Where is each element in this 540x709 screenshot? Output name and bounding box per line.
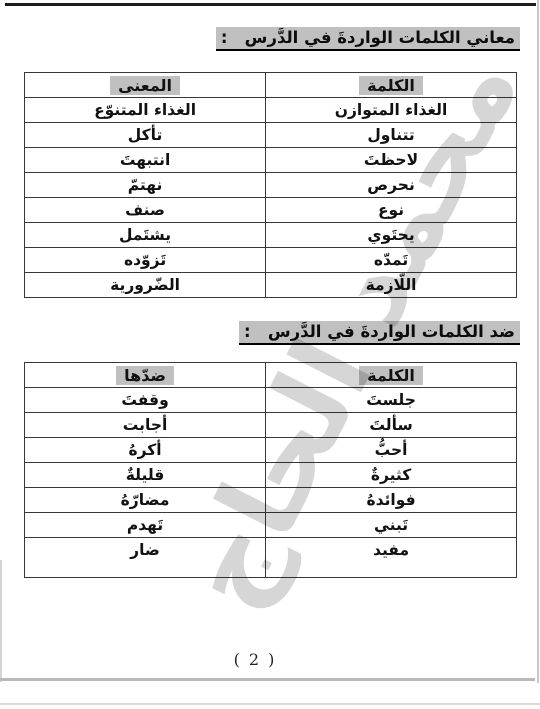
header-cell: الكلمة bbox=[266, 363, 517, 388]
table-cell: مفيد bbox=[266, 538, 517, 578]
table-row: نحرصنهتمّ bbox=[25, 173, 517, 198]
header-cell: الكلمة bbox=[266, 73, 517, 98]
worksheet-page: محمد الحاج معاني الكلمات الواردةَ في الد… bbox=[0, 0, 540, 709]
table-cell: الغذاء المتنوّع bbox=[25, 98, 266, 123]
table-cell: أحبُّ bbox=[266, 438, 517, 463]
table-cell: لاحظتَ bbox=[266, 148, 517, 173]
table-row: مفيدضار bbox=[25, 538, 517, 578]
table-cell: تَمدّه bbox=[266, 248, 517, 273]
table-row: اللّازمةالضّرورية bbox=[25, 273, 517, 298]
table-row: الغذاء المتوازنالغذاء المتنوّع bbox=[25, 98, 517, 123]
table-cell: تَهدم bbox=[25, 513, 266, 538]
table-cell: اللّازمة bbox=[266, 273, 517, 298]
meanings-table: الكلمةالمعنىالغذاء المتوازنالغذاء المتنو… bbox=[24, 72, 517, 298]
meanings-section-title: معاني الكلمات الواردةَ في الدَّرس : bbox=[216, 28, 520, 47]
table-cell: نحرص bbox=[266, 173, 517, 198]
meanings-section-title-text: معاني الكلمات الواردةَ في الدَّرس : bbox=[216, 27, 520, 51]
table-row: جلستَوقفتَ bbox=[25, 388, 517, 413]
table-row: تَمدّهتَزوّده bbox=[25, 248, 517, 273]
table-cell: تأكل bbox=[25, 123, 266, 148]
table-row: يحتَوييشتَمل bbox=[25, 223, 517, 248]
bottom-edge-line bbox=[0, 703, 540, 705]
table-cell: الضّرورية bbox=[25, 273, 266, 298]
opposites-section-title-text: ضد الكلمات الواردةَ في الدَّرس : bbox=[239, 321, 520, 345]
header-row: الكلمةضدّها bbox=[25, 363, 517, 388]
header-label: المعنى bbox=[110, 76, 180, 95]
table-cell: أكرهُ bbox=[25, 438, 266, 463]
table-cell: تَبني bbox=[266, 513, 517, 538]
table-cell: تتناول bbox=[266, 123, 517, 148]
table-row: تتناولتأكل bbox=[25, 123, 517, 148]
table-cell: وقفتَ bbox=[25, 388, 266, 413]
page-right-edge-line bbox=[537, 0, 539, 683]
table-cell: ضار bbox=[25, 538, 266, 578]
table-cell: يحتَوي bbox=[266, 223, 517, 248]
opposites-table: الكلمةضدّهاجلستَوقفتَسألتَأجابتأحبُّأكره… bbox=[24, 362, 517, 578]
table-cell: الغذاء المتوازن bbox=[266, 98, 517, 123]
table-cell: نوع bbox=[266, 198, 517, 223]
table-cell: صنف bbox=[25, 198, 266, 223]
header-cell: المعنى bbox=[25, 73, 266, 98]
table-cell: مضارّهُ bbox=[25, 488, 266, 513]
table-cell: نهتمّ bbox=[25, 173, 266, 198]
table-cell: كثيرةٌ bbox=[266, 463, 517, 488]
header-label: الكلمة bbox=[359, 76, 423, 95]
header-label: الكلمة bbox=[359, 366, 423, 385]
page-number: ( 2 ) bbox=[0, 650, 510, 669]
top-border-line bbox=[5, 3, 536, 6]
table-row: سألتَأجابت bbox=[25, 413, 517, 438]
table-row: تَبنيتَهدم bbox=[25, 513, 517, 538]
table-cell: تَزوّده bbox=[25, 248, 266, 273]
table-cell: يشتَمل bbox=[25, 223, 266, 248]
footer-divider-line bbox=[0, 678, 535, 681]
opposites-section-title: ضد الكلمات الواردةَ في الدَّرس : bbox=[239, 322, 520, 341]
table-cell: قليلةٌ bbox=[25, 463, 266, 488]
table-cell: انتبهتَ bbox=[25, 148, 266, 173]
table-row: لاحظتَانتبهتَ bbox=[25, 148, 517, 173]
table-row: كثيرةٌقليلةٌ bbox=[25, 463, 517, 488]
header-row: الكلمةالمعنى bbox=[25, 73, 517, 98]
header-cell: ضدّها bbox=[25, 363, 266, 388]
table-cell: جلستَ bbox=[266, 388, 517, 413]
header-label: ضدّها bbox=[116, 366, 174, 385]
table-row: نوعصنف bbox=[25, 198, 517, 223]
table-row: أحبُّأكرهُ bbox=[25, 438, 517, 463]
table-cell: أجابت bbox=[25, 413, 266, 438]
table-row: فوائدهُمضارّهُ bbox=[25, 488, 517, 513]
table-cell: سألتَ bbox=[266, 413, 517, 438]
table-cell: فوائدهُ bbox=[266, 488, 517, 513]
